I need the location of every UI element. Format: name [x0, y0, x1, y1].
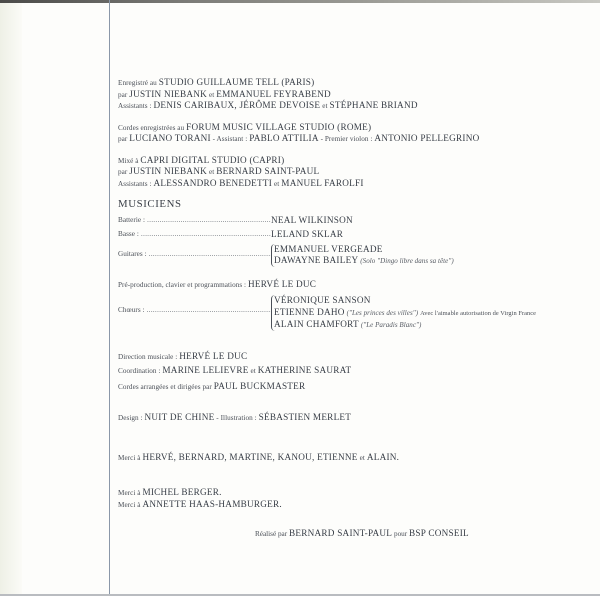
credit-design: Design : NUIT DE CHINE - Illustration : …: [118, 412, 588, 424]
label: Chœurs :: [118, 306, 145, 314]
conjunction: pour: [394, 530, 407, 538]
engineer: JUSTIN NIEBANK: [129, 89, 207, 99]
credit-preproduction: Pré-production, clavier et programmation…: [118, 279, 588, 291]
assistant: STÉPHANE BRIAND: [329, 100, 417, 110]
drummer: NEAL WILKINSON: [271, 215, 353, 226]
recording-credits: Enregistré au STUDIO GUILLAUME TELL (PAR…: [118, 77, 588, 112]
conjunction: et: [251, 367, 256, 375]
label: Premier violon :: [325, 135, 373, 143]
arranger: PAUL BUCKMASTER: [214, 381, 306, 391]
singer: VÉRONIQUE SANSON: [274, 295, 371, 305]
credit-choirs: Chœurs : ...............................…: [118, 295, 588, 331]
label: Coordination :: [118, 367, 160, 375]
musicians-heading: MUSICIENS: [118, 199, 588, 210]
label: Mixé à: [118, 157, 138, 165]
coordinator: KATHERINE SAURAT: [258, 365, 352, 375]
designer: NUIT DE CHINE: [145, 412, 215, 422]
thanks-names: HERVÉ, BERNARD, MARTINE, KANOU, ETIENNE: [142, 452, 357, 462]
label: Batterie :: [118, 216, 145, 224]
note: Avec l'aimable autorisation de Virgin Fr…: [420, 310, 536, 317]
company: BSP CONSEIL: [409, 528, 469, 538]
leader-dots: ........................................…: [147, 215, 271, 224]
conjunction: et: [360, 454, 365, 462]
coordinator: MARINE LELIEVRE: [162, 365, 248, 375]
credit-bass: Basse : ................................…: [118, 229, 588, 240]
engineer: JUSTIN NIEBANK: [129, 166, 207, 176]
label: Assistant :: [217, 135, 248, 143]
thanks-line-3: Merci à ANNETTE HAAS-HAMBURGER.: [118, 499, 588, 511]
engineer: EMMANUEL FEYRABEND: [216, 89, 331, 99]
page-top-edge: [0, 0, 600, 3]
thanks-line-1: Merci à HERVÉ, BERNARD, MARTINE, KANOU, …: [118, 452, 588, 464]
note: ("Le Paradis Blanc"): [361, 321, 422, 329]
recording-studio: STUDIO GUILLAUME TELL (PARIS): [159, 77, 315, 87]
credit-string-arrangement: Cordes arrangées et dirigées par PAUL BU…: [118, 381, 588, 393]
credit-drums: Batterie : .............................…: [118, 215, 588, 226]
assistant: DENIS CARIBAUX, JÉRÔME DEVOISE: [154, 100, 321, 110]
brace: VÉRONIQUE SANSON ETIENNE DAHO ("Les prin…: [271, 295, 536, 331]
engineer: LUCIANO TORANI: [129, 133, 211, 143]
brace: EMMANUEL VERGEADE DAWAYNE BAILEY (Solo "…: [271, 244, 454, 267]
label: Illustration :: [221, 414, 257, 422]
producer-credit: Réalisé par BERNARD SAINT-PAUL pour BSP …: [255, 528, 469, 538]
engineer: BERNARD SAINT-PAUL: [216, 166, 319, 176]
label: Assistants :: [118, 180, 152, 188]
label: Réalisé par: [255, 530, 287, 538]
conjunction: et: [209, 168, 214, 176]
label: Enregistré au: [118, 79, 157, 87]
label: par: [118, 91, 127, 99]
director: HERVÉ LE DUC: [179, 351, 247, 361]
conjunction: et: [274, 180, 279, 188]
label: Merci à: [118, 454, 141, 462]
credit-direction: Direction musicale : HERVÉ LE DUC: [118, 351, 588, 363]
illustrator: SÉBASTIEN MERLET: [259, 412, 352, 422]
credit-guitars: Guitares : .............................…: [118, 244, 588, 267]
label: Assistants :: [118, 102, 152, 110]
producer: BERNARD SAINT-PAUL: [289, 528, 392, 538]
assistant: PABLO ATTILIA: [249, 133, 319, 143]
label: Merci à: [118, 501, 141, 509]
label: Guitares :: [118, 250, 147, 258]
guitarist: EMMANUEL VERGEADE: [274, 244, 383, 254]
strings-credits: Cordes enregistrées au FORUM MUSIC VILLA…: [118, 122, 588, 145]
leader-dots: ........................................…: [149, 249, 271, 258]
note: (Solo "Dingo libre dans sa tête"): [360, 257, 453, 265]
credit-coordination: Coordination : MARINE LELIEVRE et KATHER…: [118, 365, 588, 377]
label: Merci à: [118, 489, 141, 497]
note: ("Les princes des villes"): [347, 309, 419, 317]
thanks-names: ANNETTE HAAS-HAMBURGER.: [142, 499, 281, 509]
label: Cordes arrangées et dirigées par: [118, 383, 212, 391]
thanks-names: ALAIN.: [367, 452, 399, 462]
strings-studio: FORUM MUSIC VILLAGE STUDIO (ROME): [186, 122, 371, 132]
thanks-names: MICHEL BERGER.: [142, 487, 221, 497]
mixing-credits: Mixé à CAPRI DIGITAL STUDIO (CAPRI) par …: [118, 155, 588, 190]
bassist: LELAND SKLAR: [271, 229, 343, 240]
credits: Enregistré au STUDIO GUILLAUME TELL (PAR…: [118, 77, 588, 510]
label: Basse :: [118, 230, 139, 238]
first-violin: ANTONIO PELLEGRINO: [374, 133, 479, 143]
assistant: ALESSANDRO BENEDETTI: [154, 178, 273, 188]
guitarist: DAWAYNE BAILEY: [274, 255, 358, 265]
margin-rule: [109, 0, 110, 596]
label: Cordes enregistrées au: [118, 124, 184, 132]
label: par: [118, 168, 127, 176]
label: Design :: [118, 414, 143, 422]
label: Pré-production, clavier et programmation…: [118, 281, 246, 289]
preproduction: HERVÉ LE DUC: [248, 279, 316, 289]
assistant: MANUEL FAROLFI: [281, 178, 363, 188]
singer: ALAIN CHAMFORT: [274, 319, 359, 329]
mixing-studio: CAPRI DIGITAL STUDIO (CAPRI): [140, 155, 284, 165]
conjunction: et: [209, 91, 214, 99]
label: par: [118, 135, 127, 143]
thanks-line-2: Merci à MICHEL BERGER.: [118, 487, 588, 499]
page-fold-shadow: [0, 3, 22, 594]
leader-dots: ........................................…: [141, 229, 271, 238]
singer: ETIENNE DAHO: [274, 307, 345, 317]
label: Direction musicale :: [118, 353, 177, 361]
leader-dots: ........................................…: [147, 305, 271, 314]
conjunction: et: [322, 102, 327, 110]
